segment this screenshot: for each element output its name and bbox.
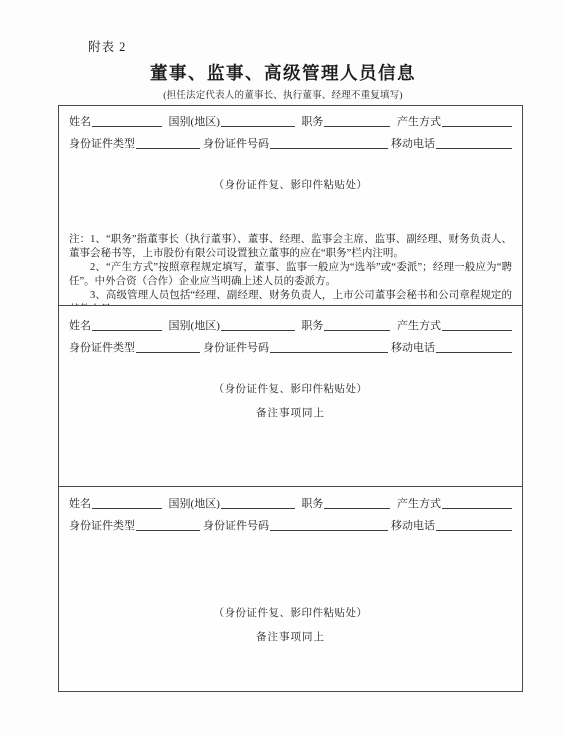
remark-same-as-above: 备注事项同上	[69, 631, 512, 645]
appointment-method-blank-line	[442, 495, 512, 509]
person-block-2: 姓名 国别(地区) 职务 产生方式 身份证件类型 身份证件号码 移动电话 （身份…	[59, 306, 522, 487]
nationality-field: 国别(地区)	[169, 315, 295, 337]
note-item-3: 3、高级管理人员包括“经理、副经理、财务负责人，上市公司董事会秘书和公司章程规定…	[69, 289, 512, 306]
id-number-field: 身份证件号码	[203, 515, 388, 537]
id-type-blank-line	[136, 135, 200, 149]
id-number-field: 身份证件号码	[203, 133, 388, 155]
nationality-label: 国别(地区)	[169, 498, 220, 510]
position-label: 职务	[301, 116, 323, 128]
id-number-blank-line	[270, 339, 388, 353]
nationality-label: 国别(地区)	[169, 116, 220, 128]
id-type-blank-line	[136, 339, 200, 353]
note-item-1: 注：1、“职务”指董事长（执行董事）、董事、经理、监事会主席、监事、副经理、财务…	[69, 233, 512, 261]
position-blank-line	[324, 495, 390, 509]
appointment-method-field: 产生方式	[397, 493, 512, 515]
position-field: 职务	[301, 315, 390, 337]
id-number-blank-line	[270, 517, 388, 531]
field-row: 姓名 国别(地区) 职务 产生方式	[69, 493, 512, 515]
name-blank-line	[92, 113, 162, 127]
position-field: 职务	[301, 493, 390, 515]
id-number-label: 身份证件号码	[203, 342, 269, 354]
mobile-field: 移动电话	[391, 337, 512, 359]
mobile-field: 移动电话	[391, 133, 512, 155]
position-blank-line	[324, 113, 390, 127]
nationality-blank-line	[221, 113, 295, 127]
field-row: 身份证件类型 身份证件号码 移动电话	[69, 337, 512, 359]
document-page: 附表 2 董事、监事、高级管理人员信息 (担任法定代表人的董事长、执行董事、经理…	[0, 0, 566, 735]
nationality-field: 国别(地区)	[169, 493, 295, 515]
appointment-method-field: 产生方式	[397, 315, 512, 337]
attachment-label: 附表 2	[88, 0, 566, 55]
field-row: 姓名 国别(地区) 职务 产生方式	[69, 315, 512, 337]
id-type-label: 身份证件类型	[69, 138, 135, 150]
field-row: 身份证件类型 身份证件号码 移动电话	[69, 133, 512, 155]
mobile-label: 移动电话	[391, 342, 435, 354]
id-type-blank-line	[136, 517, 200, 531]
name-blank-line	[92, 495, 162, 509]
mobile-label: 移动电话	[391, 138, 435, 150]
page-subtitle: (担任法定代表人的董事长、执行董事、经理不重复填写)	[0, 87, 566, 101]
mobile-blank-line	[436, 339, 512, 353]
appointment-method-label: 产生方式	[397, 320, 441, 332]
person-block-3: 姓名 国别(地区) 职务 产生方式 身份证件类型 身份证件号码 移动电话 （身份…	[59, 487, 522, 686]
mobile-label: 移动电话	[391, 520, 435, 532]
id-type-label: 身份证件类型	[69, 342, 135, 354]
appointment-method-label: 产生方式	[397, 498, 441, 510]
id-number-label: 身份证件号码	[203, 520, 269, 532]
name-blank-line	[92, 317, 162, 331]
id-copy-paste-area-label: （身份证件复、影印件粘贴处）	[69, 179, 512, 193]
nationality-blank-line	[221, 317, 295, 331]
position-field: 职务	[301, 111, 390, 133]
appointment-method-label: 产生方式	[397, 116, 441, 128]
nationality-label: 国别(地区)	[169, 320, 220, 332]
name-label: 姓名	[69, 320, 91, 332]
appointment-method-field: 产生方式	[397, 111, 512, 133]
field-row: 姓名 国别(地区) 职务 产生方式	[69, 111, 512, 133]
position-blank-line	[324, 317, 390, 331]
note-item-2: 2、“产生方式”按照章程规定填写，董事、监事一般应为“选举”或“委派”；经理一般…	[69, 261, 512, 289]
mobile-field: 移动电话	[391, 515, 512, 537]
name-field: 姓名	[69, 111, 162, 133]
form-table: 姓名 国别(地区) 职务 产生方式 身份证件类型 身份证件号码 移动电话 （身份…	[58, 105, 523, 692]
mobile-blank-line	[436, 135, 512, 149]
id-type-field: 身份证件类型	[69, 337, 200, 359]
id-copy-paste-area-label: （身份证件复、影印件粘贴处）	[69, 383, 512, 397]
id-number-label: 身份证件号码	[203, 138, 269, 150]
appointment-method-blank-line	[442, 317, 512, 331]
id-copy-paste-area-label: （身份证件复、影印件粘贴处）	[69, 607, 512, 621]
position-label: 职务	[301, 498, 323, 510]
name-field: 姓名	[69, 315, 162, 337]
position-label: 职务	[301, 320, 323, 332]
id-type-field: 身份证件类型	[69, 133, 200, 155]
field-row: 身份证件类型 身份证件号码 移动电话	[69, 515, 512, 537]
remark-same-as-above: 备注事项同上	[69, 407, 512, 421]
page-title: 董事、监事、高级管理人员信息	[0, 60, 566, 85]
person-block-1: 姓名 国别(地区) 职务 产生方式 身份证件类型 身份证件号码 移动电话 （身份…	[59, 106, 522, 306]
form-notes: 注：1、“职务”指董事长（执行董事）、董事、经理、监事会主席、监事、副经理、财务…	[69, 233, 512, 306]
appointment-method-blank-line	[442, 113, 512, 127]
id-number-field: 身份证件号码	[203, 337, 388, 359]
id-type-label: 身份证件类型	[69, 520, 135, 532]
name-label: 姓名	[69, 498, 91, 510]
nationality-field: 国别(地区)	[169, 111, 295, 133]
id-type-field: 身份证件类型	[69, 515, 200, 537]
nationality-blank-line	[221, 495, 295, 509]
name-field: 姓名	[69, 493, 162, 515]
mobile-blank-line	[436, 517, 512, 531]
name-label: 姓名	[69, 116, 91, 128]
id-number-blank-line	[270, 135, 388, 149]
